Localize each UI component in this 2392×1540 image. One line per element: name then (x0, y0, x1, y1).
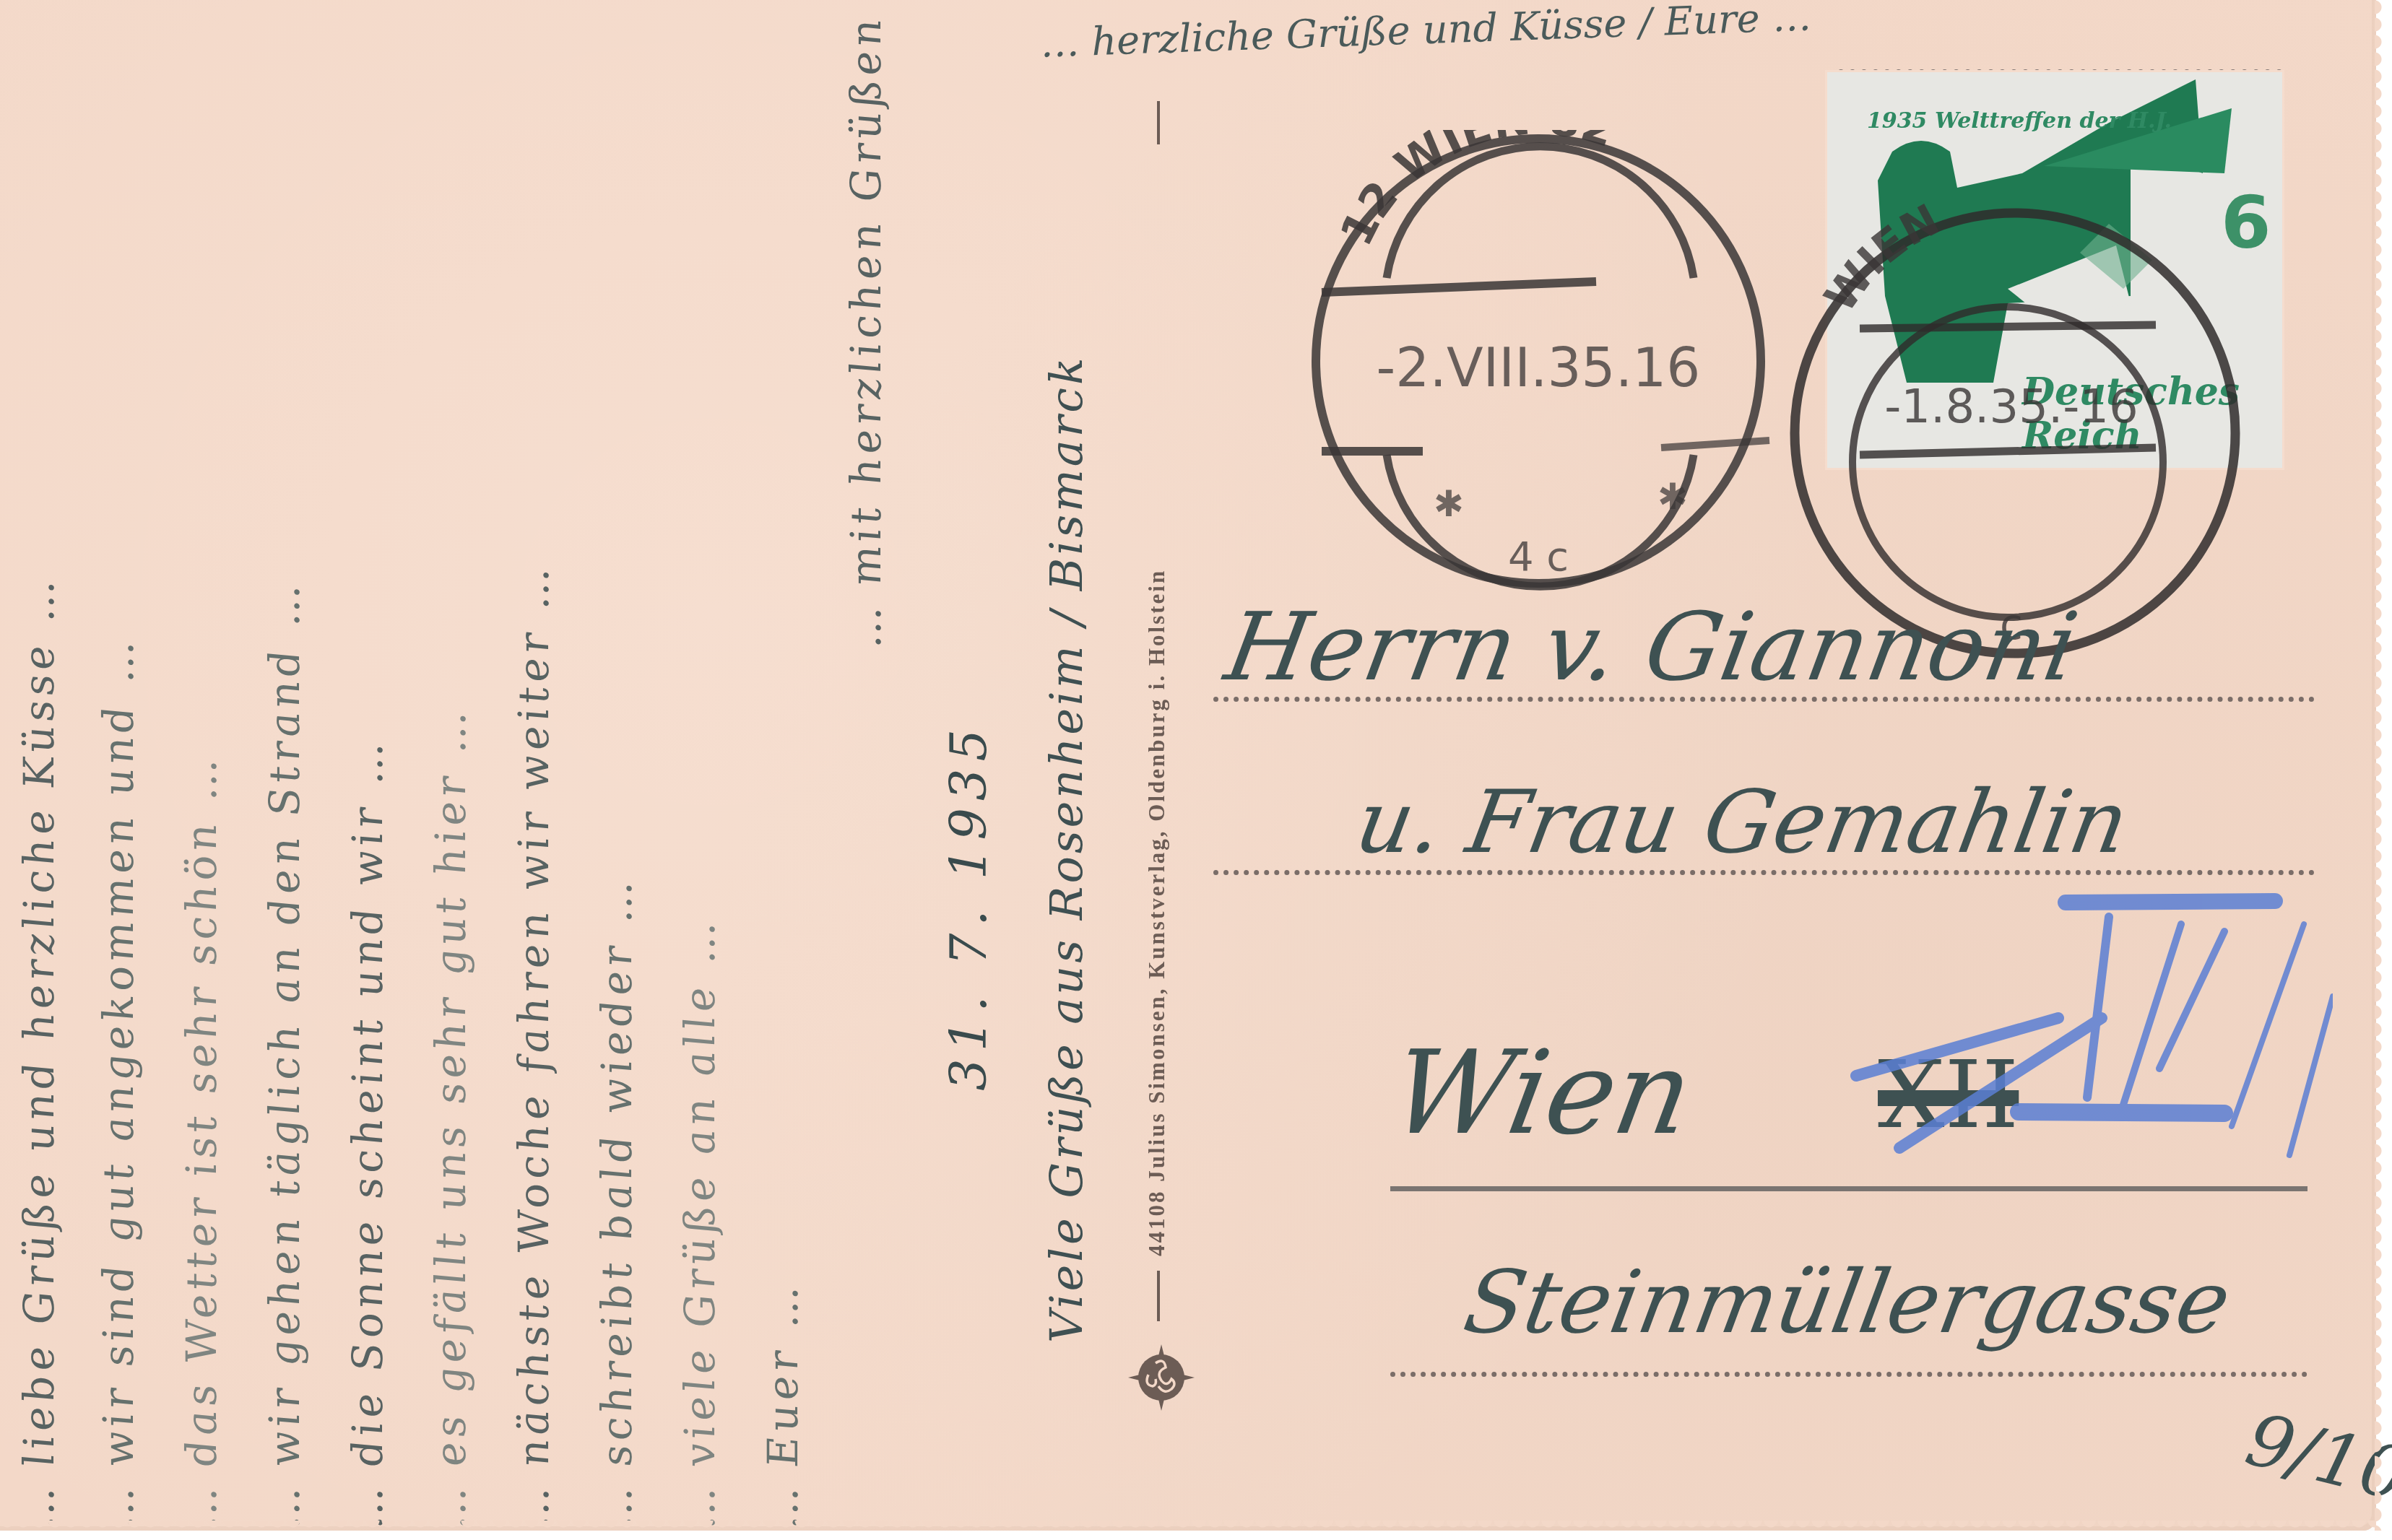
svg-text:✱: ✱ (1434, 483, 1464, 525)
publisher-imprint: 44108 Julius Simonsen, Kunstverlag, Olde… (1143, 130, 1171, 1256)
message-line: … nächste Woche fahren wir weiter … (509, 0, 560, 1534)
postmark-date: -2.VIII.35.16 (1377, 337, 1701, 399)
message-line: … schreibt bald wieder … (592, 0, 643, 1534)
address-line-rule (1390, 1372, 2307, 1377)
address-city: Wien (1382, 1025, 1703, 1160)
message-line: … das Wetter ist sehr schön … (177, 0, 227, 1534)
svg-text:XVI: XVI (2152, 1063, 2165, 1071)
postmark-wien-82: 12 WIEN 82 -2.VIII.35.16 ✱ ✱ 4 c (1293, 130, 1784, 606)
address-recipient: Herrn v. Giannoni (1218, 592, 2086, 702)
address-recipient-2: u. Frau Gemahlin (1349, 773, 2136, 873)
top-note: … herzliche Grüße und Küsse / Eure … (1039, 0, 1812, 66)
svg-text:✱: ✱ (1657, 476, 1688, 518)
stamp-title: 1935 Welttreffen der H.J. (1867, 108, 2172, 134)
postmark-date: -1.8.35.-16 (1884, 380, 2138, 434)
side-note: Viele Grüße aus Rosenheim / Bismarck (1040, 116, 1093, 1343)
address-street: Steinmüllergasse (1457, 1253, 2237, 1353)
svg-text:4 c: 4 c (1508, 534, 1569, 580)
message-line: … viele Grüße an alle … (675, 0, 726, 1534)
card-edge (2375, 0, 2386, 1531)
message-line: … Euer … (758, 0, 809, 1534)
postcard: … liebe Grüße und herzliche Küsse … … wi… (0, 0, 2376, 1531)
message-line: … wir sind gut angekommen und … (94, 0, 144, 1534)
message-date: 31. 7. 1935 (939, 722, 998, 1091)
message-line: … wir gehen täglich an den Strand … (260, 0, 311, 1534)
card-edge (0, 1521, 2376, 1532)
divider (1157, 1271, 1160, 1321)
blue-pencil-correction: XVI (1842, 888, 2333, 1191)
address-house-number: 9/10 (2238, 1397, 2392, 1518)
message-line: … liebe Grüße und herzliche Küsse … (14, 0, 65, 1534)
message-line: … die Sonne scheint und wir … (343, 0, 394, 1534)
svg-text:12 WIEN 82: 12 WIEN 82 (1330, 130, 1621, 254)
publisher-imprint-text: 44108 Julius Simonsen, Kunstverlag, Olde… (1144, 569, 1170, 1256)
message-line: … es gefällt uns sehr gut hier … (426, 0, 477, 1534)
message-line: … mit herzlichen Grüßen … (841, 0, 892, 653)
publisher-logo-icon (1127, 1343, 1196, 1412)
